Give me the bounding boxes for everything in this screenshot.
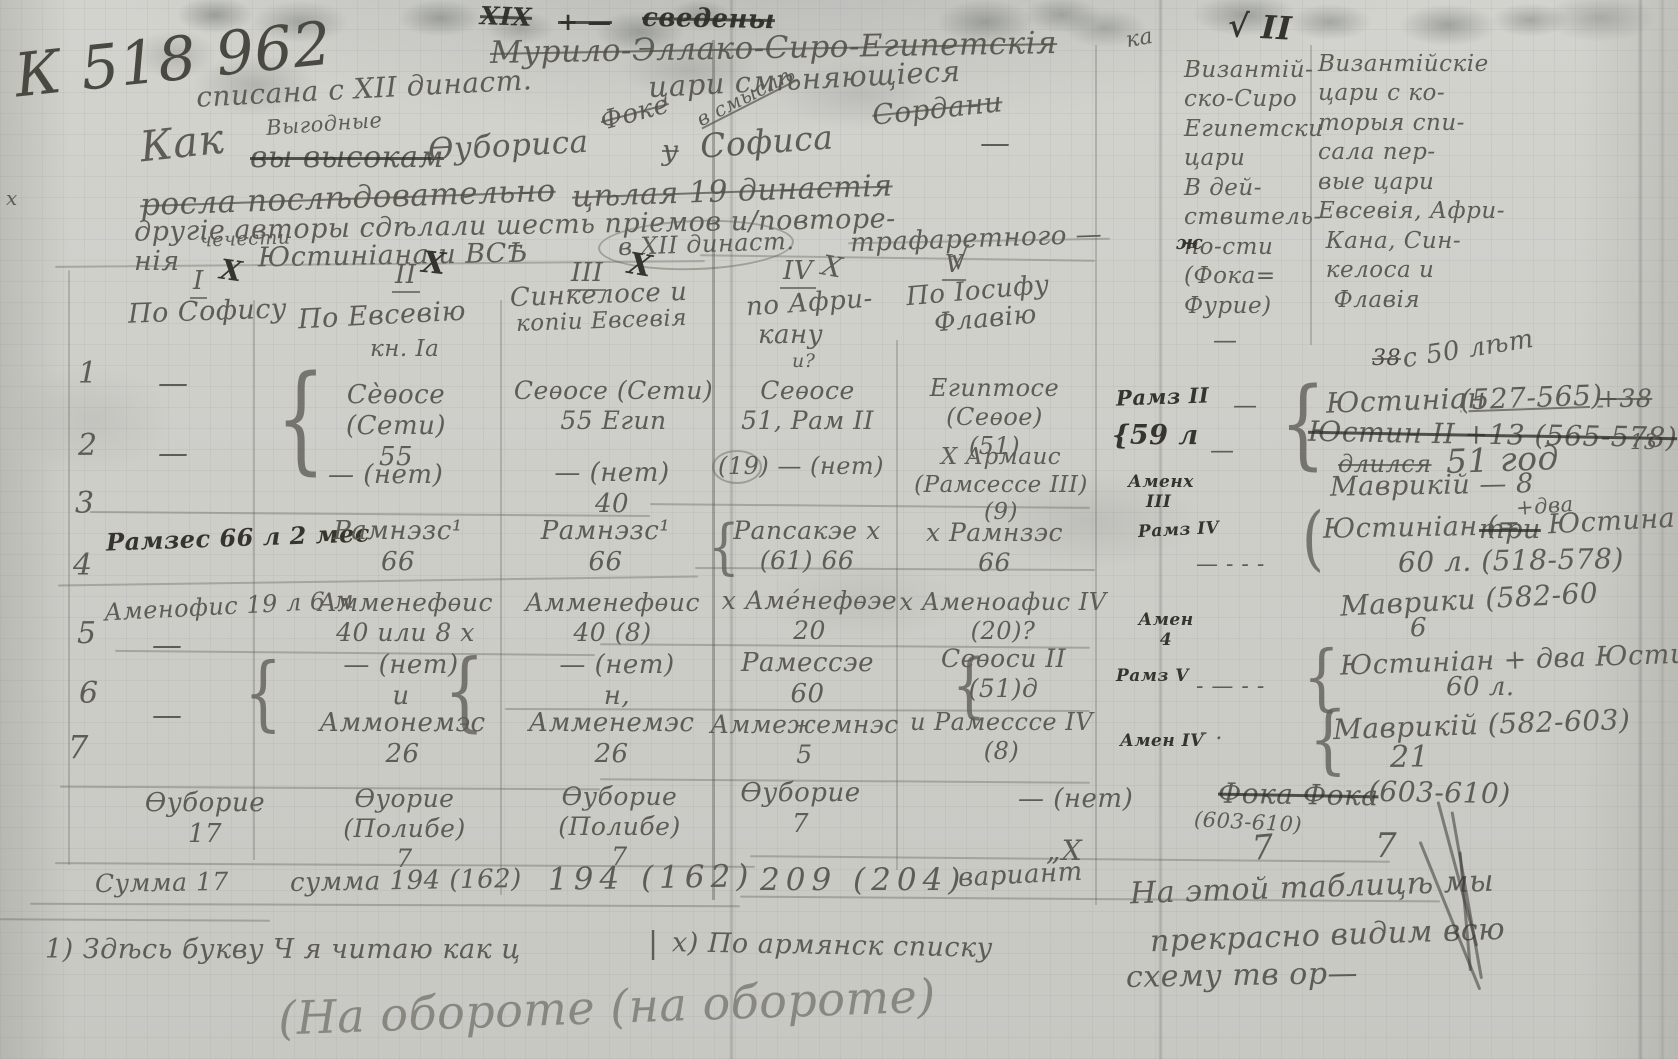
margin-note-ramz2: Рамз II bbox=[1116, 382, 1210, 410]
margin-note-ramz4: Рамз IV bbox=[1138, 518, 1220, 543]
cell-c3-r4: Амменефѳис 40 (8) bbox=[510, 588, 715, 648]
footnote-separator: | bbox=[648, 926, 659, 962]
row-number: 5 bbox=[77, 616, 97, 652]
crossed-plus38: +38 bbox=[1598, 384, 1652, 414]
cell-c5-r3: х Рамнзэс 66 bbox=[902, 518, 1087, 578]
row-number: 6 bbox=[79, 676, 99, 712]
cell-c2-sum: сумма 194 (162) bbox=[290, 864, 522, 899]
entry-mavriki-582: Маврики (582-60 bbox=[1339, 576, 1599, 623]
col4-numeral: IV bbox=[780, 256, 816, 289]
right-col-a-mark: ж bbox=[1176, 230, 1203, 254]
cell-c3-r1: Сеѳосе (Сети) 55 Егип bbox=[506, 376, 721, 436]
row-number: 4 bbox=[73, 548, 93, 584]
cell-c1-r2: — bbox=[158, 436, 189, 472]
entry-seven: 7 bbox=[1375, 826, 1397, 867]
gutter-dash: — bbox=[1233, 391, 1258, 420]
check-ii-mark: √ II bbox=[1227, 6, 1293, 48]
cell-c2-r7: Ѳуорие (Полибе) 7 bbox=[322, 784, 487, 874]
cell-c4-r6: Аммежемнэс 5 bbox=[702, 710, 907, 770]
col5-check-mark: √ bbox=[950, 242, 970, 278]
crossed-words: вы высокам bbox=[250, 140, 444, 176]
entry-60l-years: 60 л. (518-578) bbox=[1398, 542, 1624, 580]
cell-c5-r2: X Армаис (Рамсессе III) (9) bbox=[896, 444, 1106, 527]
margin-x-mark: х bbox=[6, 186, 18, 210]
entry-6: 6 bbox=[1410, 613, 1427, 644]
cell-c1-r6: — bbox=[152, 698, 183, 734]
pencil-line bbox=[0, 918, 270, 921]
col2-title: По Евсевію bbox=[297, 296, 466, 337]
cell-c4-sum: 209 (204) bbox=[760, 862, 966, 899]
cell-c3-r6: Амменемэс 26 bbox=[514, 708, 709, 770]
margin-note-59: {59 л bbox=[1112, 420, 1199, 452]
cell-c3-r2: — (нет) 40 bbox=[532, 458, 692, 520]
note-13: 13 bbox=[1630, 430, 1658, 455]
brace: { bbox=[244, 646, 282, 741]
pencil-line bbox=[68, 270, 70, 865]
cell-c2-r3: Рамнэзс¹ 66 bbox=[318, 516, 478, 578]
cell-c1-r1: — bbox=[158, 366, 189, 402]
cell-c1-r5: — bbox=[152, 628, 183, 664]
cell-c1-r7: Ѳуборие 17 bbox=[140, 788, 270, 850]
right-col-a-header: Византій- ско-Сиро Египетски цари В дей-… bbox=[1184, 56, 1323, 321]
cell-c5-r4: х Аменоафис IV (20)? bbox=[888, 588, 1118, 646]
word-u: у bbox=[662, 134, 679, 168]
margin-note-amen4: Амен 4 bbox=[1136, 610, 1196, 651]
margin-note-amen-iv: Амен IV bbox=[1120, 731, 1204, 751]
word-kak: Как bbox=[138, 114, 227, 173]
col1-title: По Софису bbox=[127, 293, 287, 331]
margin-note-amenh-num: III bbox=[1146, 492, 1171, 512]
col4-x-mark: X bbox=[819, 248, 845, 285]
footnote-x: х) По армянск списку bbox=[672, 927, 993, 965]
crossed-foka: Фока Фока bbox=[1218, 777, 1379, 813]
crossed-38: 38 bbox=[1372, 346, 1401, 372]
note-oborot: (На обороте (на обороте) bbox=[277, 969, 936, 1047]
cell-c1-sum: Сумма 17 bbox=[95, 867, 229, 899]
cell-c2-r5: — (нет) и bbox=[326, 650, 476, 712]
cell-c4-r3: Рапсакэе х (61) 66 bbox=[712, 516, 902, 576]
col2-x-mark: X bbox=[420, 245, 447, 283]
entry-60l: 60 л. bbox=[1446, 672, 1515, 703]
entry-justina: Юстина bbox=[1547, 503, 1676, 542]
brace: ( bbox=[1302, 498, 1324, 579]
cell-c4-r5: Рамессэе 60 bbox=[720, 648, 895, 710]
right-col-b-header: Византійскіе цари с ко- торыя спи- сала … bbox=[1318, 50, 1505, 315]
dash-mark: — bbox=[980, 126, 1011, 162]
col4-title-3: и? bbox=[792, 350, 815, 373]
row-number: 2 bbox=[78, 428, 98, 464]
gutter-dash: - — - - bbox=[1196, 674, 1265, 700]
col4-title-2: кану bbox=[758, 320, 823, 351]
cell-c3-sum: 194 (162) bbox=[548, 858, 755, 899]
gutter-dash: - . bbox=[1200, 720, 1223, 746]
cell-c4-r7: Ѳуборие 7 bbox=[718, 778, 883, 840]
cell-c4-r4: х Амéнефѳэе 20 bbox=[702, 586, 917, 646]
col4-title: по Афри- bbox=[745, 284, 874, 324]
crossed-foke: Фоке bbox=[597, 89, 673, 137]
note-s50: с 50 лѣт bbox=[1400, 324, 1536, 376]
col1-numeral: I bbox=[190, 266, 207, 299]
cell-c2-r4: Амменефѳис 40 или 8 х bbox=[298, 588, 513, 648]
cell-c4-r1: Сеѳосе 51, Рам II bbox=[720, 376, 895, 436]
word-thuborisa: Ѳубориса bbox=[427, 124, 589, 170]
margin-note-amenh: Аменх bbox=[1128, 472, 1194, 492]
entry-mavriky-8: Маврикій — 8 bbox=[1330, 468, 1534, 504]
cell-c4-r2: (19) — (нет) bbox=[718, 452, 884, 481]
crossed-roman: XIX bbox=[479, 1, 532, 33]
footnote-1: 1) Здѣсь букву Ч я читаю как ц bbox=[45, 934, 521, 966]
pencil-line bbox=[253, 300, 255, 860]
line-nija: нія bbox=[134, 246, 180, 278]
cell-c5-sum: вариант bbox=[957, 857, 1083, 895]
row-number: 1 bbox=[78, 356, 98, 392]
entry-mavriky-603: Маврикій (582-603) bbox=[1333, 703, 1631, 747]
entry-foka-years-small: (603-610) bbox=[1193, 807, 1302, 838]
cell-c2-r6: Аммонемэс 26 bbox=[310, 708, 495, 770]
manuscript-scan: К 518 962 списана с XII династ. XIX + — … bbox=[0, 0, 1678, 1059]
cell-c5-r6: и Рамесссе IV (8) bbox=[894, 708, 1109, 766]
col3-title-2: копіи Евсевія bbox=[516, 305, 688, 339]
cell-c2-r2: — (нет) bbox=[328, 460, 443, 491]
entry-justinian-years: (527-565) bbox=[1459, 379, 1603, 418]
gutter-dash: — bbox=[1213, 326, 1238, 355]
cell-c3-r3: Рамнэзс¹ 66 bbox=[528, 516, 683, 578]
row-number: 7 bbox=[68, 728, 89, 766]
mark-ka: ка bbox=[1124, 24, 1155, 55]
entry-seven: 7 bbox=[1250, 827, 1276, 870]
note-vygodnye: Выгодные bbox=[265, 108, 383, 141]
gutter-dash: — bbox=[1210, 436, 1235, 465]
note-bottom-right-3: схему тв ор— bbox=[1126, 956, 1359, 996]
col2-title-2: кн. Iа bbox=[370, 336, 439, 364]
col2-numeral: II bbox=[392, 260, 420, 293]
pencil-line bbox=[30, 903, 740, 907]
row-number: 3 bbox=[75, 486, 95, 522]
entry-21: 21 bbox=[1390, 740, 1429, 776]
word-sofisa: Софиса bbox=[699, 117, 835, 166]
cell-c5-r5: Сеѳоси II (51)д bbox=[916, 644, 1091, 704]
margin-note-ramz5: Рамз V bbox=[1116, 666, 1189, 686]
cell-c5-r7: — (нет) bbox=[1018, 784, 1133, 815]
cell-c3-r5: — (нет) н, bbox=[542, 650, 692, 712]
col1-x-mark: X bbox=[218, 253, 245, 289]
gutter-dash: — - - - bbox=[1196, 552, 1265, 578]
